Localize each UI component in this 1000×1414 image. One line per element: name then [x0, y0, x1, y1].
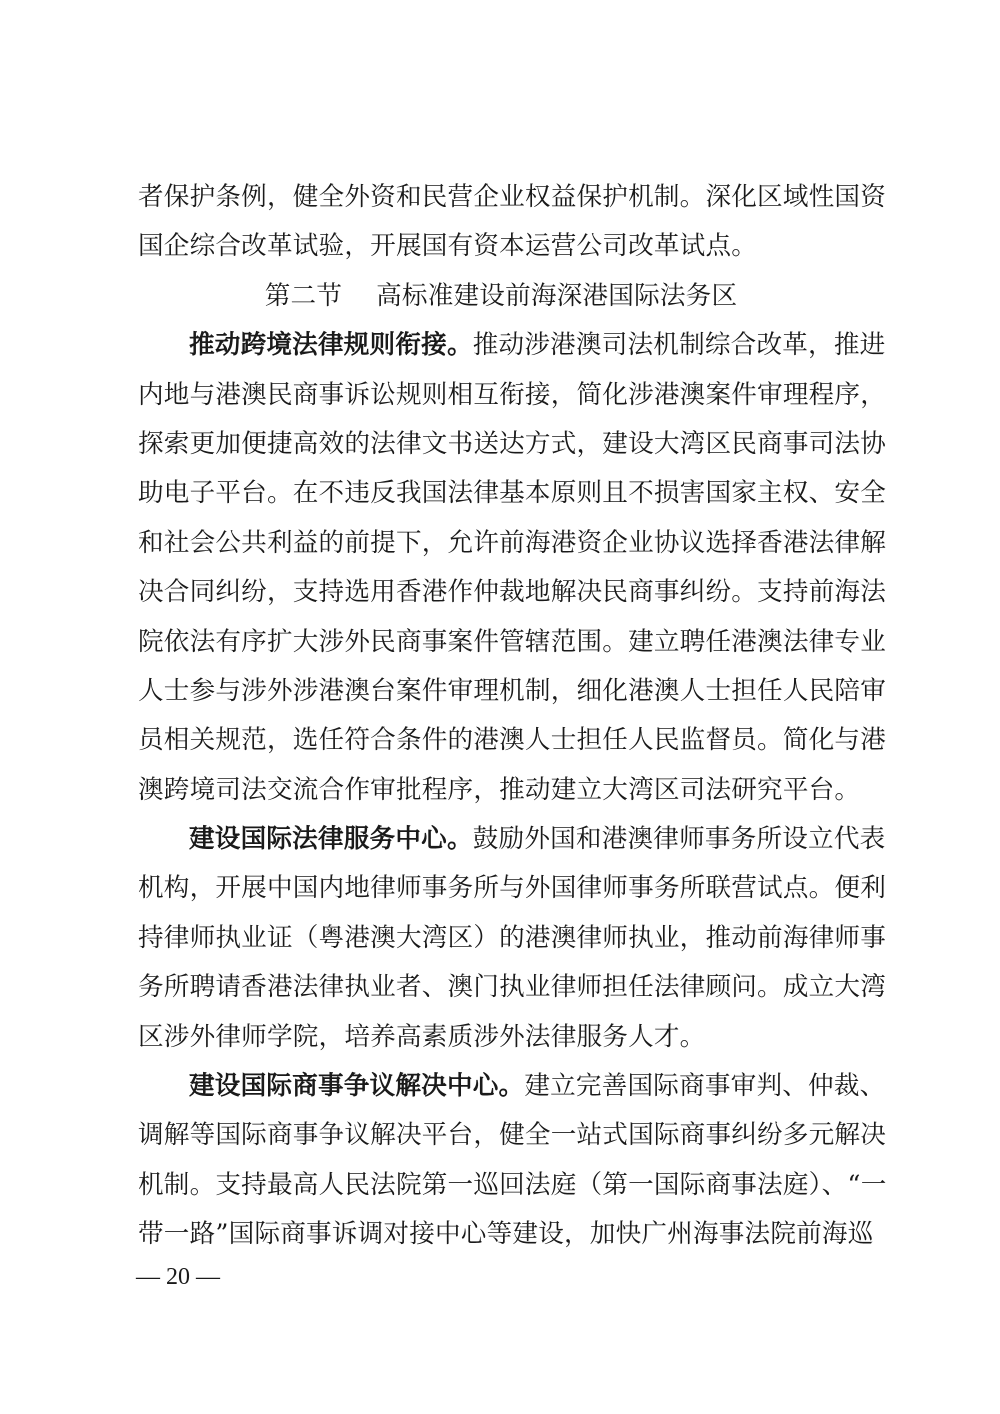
paragraph-text: 鼓励外国和港澳律师事务所设立代表 — [473, 824, 886, 854]
section-title: 高标准建设前海深港国际法务区 — [376, 281, 737, 311]
paragraph-lead: 建设国际法律服务中心。 — [189, 824, 473, 854]
body-line-last: 澳跨境司法交流合作审批程序，推动建立大湾区司法研究平台。 — [138, 766, 864, 815]
section-heading: 第二节高标准建设前海深港国际法务区 — [138, 272, 864, 321]
paragraph-first-line: 推动跨境法律规则衔接。推动涉港澳司法机制综合改革，推进 — [138, 321, 864, 370]
paragraph-text: 推动涉港澳司法机制综合改革，推进 — [473, 330, 886, 360]
body-line: 者保护条例，健全外资和民营企业权益保护机制。深化区域性国资 — [138, 173, 864, 222]
body-line: 决合同纠纷，支持选用香港作仲裁地解决民商事纠纷。支持前海法 — [138, 568, 864, 617]
body-line: 务所聘请香港法律执业者、澳门执业律师担任法律顾问。成立大湾 — [138, 963, 864, 1012]
body-line: 探索更加便捷高效的法律文书送达方式，建设大湾区民商事司法协 — [138, 420, 864, 469]
body-line-last: 国企综合改革试验，开展国有资本运营公司改革试点。 — [138, 222, 864, 271]
body-line: 机制。支持最高人民法院第一巡回法庭（第一国际商事法庭）、“一 — [138, 1161, 864, 1210]
paragraph-lead: 推动跨境法律规则衔接。 — [189, 330, 473, 360]
body-line: 人士参与涉外涉港澳台案件审理机制，细化港澳人士担任人民陪审 — [138, 667, 864, 716]
body-line: 机构，开展中国内地律师事务所与外国律师事务所联营试点。便利 — [138, 864, 864, 913]
body-line: 和社会公共利益的前提下，允许前海港资企业协议选择香港法律解 — [138, 519, 864, 568]
body-line: 员相关规范，选任符合条件的港澳人士担任人民监督员。简化与港 — [138, 716, 864, 765]
body-line: 调解等国际商事争议解决平台，健全一站式国际商事纠纷多元解决 — [138, 1111, 864, 1160]
body-line-last: 区涉外律师学院，培养高素质涉外法律服务人才。 — [138, 1013, 864, 1062]
body-line: 院依法有序扩大涉外民商事案件管辖范围。建立聘任港澳法律专业 — [138, 618, 864, 667]
paragraph-first-line: 建设国际法律服务中心。鼓励外国和港澳律师事务所设立代表 — [138, 815, 864, 864]
paragraph-text: 建立完善国际商事审判、仲裁、 — [524, 1071, 885, 1101]
document-page: 者保护条例，健全外资和民营企业权益保护机制。深化区域性国资 国企综合改革试验，开… — [138, 173, 864, 1260]
body-line: 带一路”国际商事诉调对接中心等建设，加快广州海事法院前海巡 — [138, 1210, 864, 1259]
body-line: 助电子平台。在不违反我国法律基本原则且不损害国家主权、安全 — [138, 469, 864, 518]
body-line: 内地与港澳民商事诉讼规则相互衔接，简化涉港澳案件审理程序， — [138, 371, 864, 420]
section-number: 第二节 — [265, 281, 342, 311]
paragraph-lead: 建设国际商事争议解决中心。 — [189, 1071, 524, 1101]
paragraph-first-line: 建设国际商事争议解决中心。建立完善国际商事审判、仲裁、 — [138, 1062, 864, 1111]
body-line: 持律师执业证（粤港澳大湾区）的港澳律师执业，推动前海律师事 — [138, 914, 864, 963]
page-number: — 20 — — [136, 1264, 220, 1291]
